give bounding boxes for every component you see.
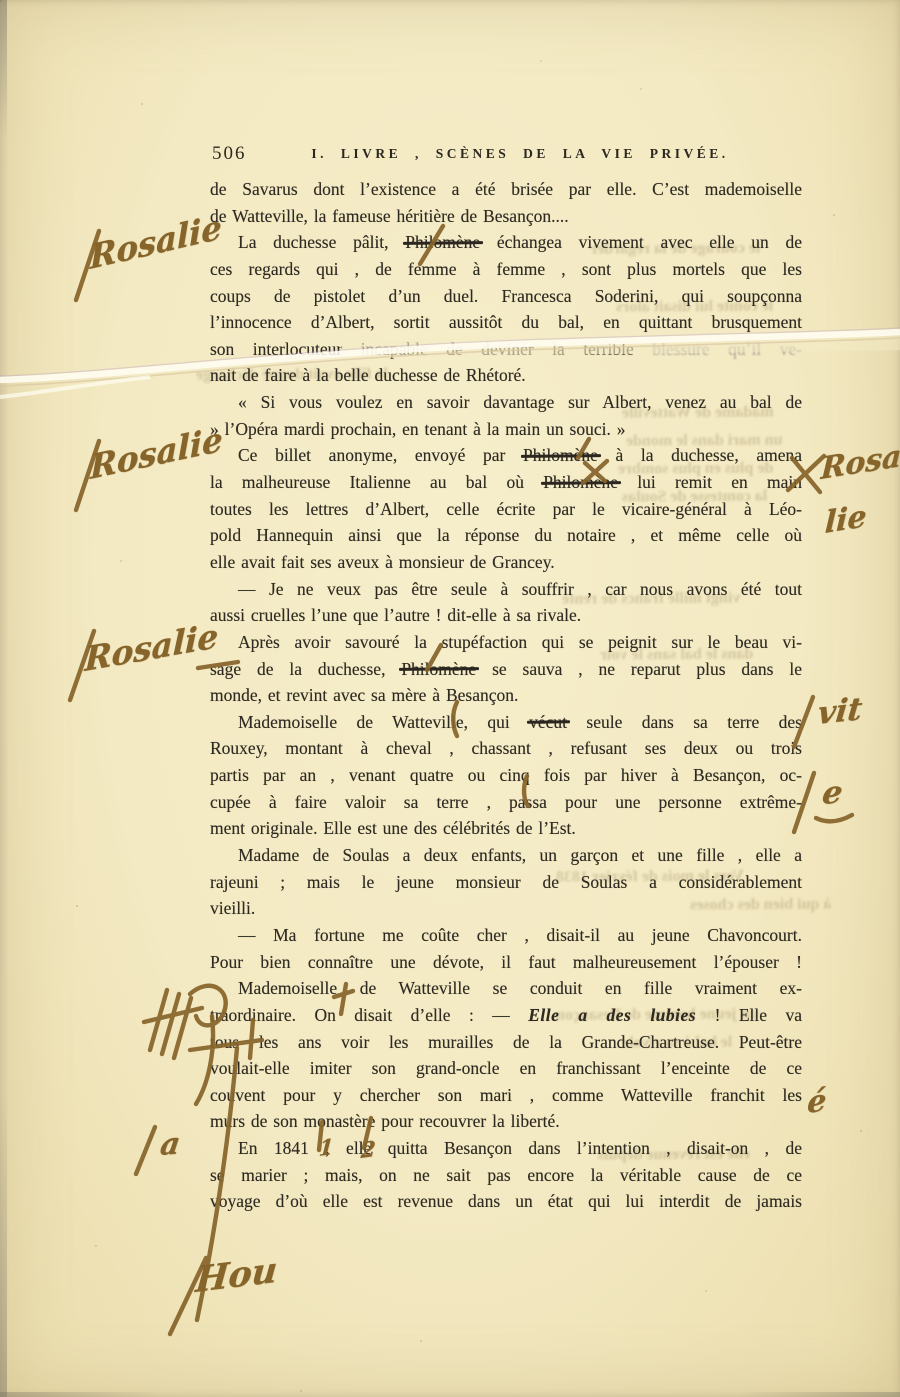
text-segment: Après avoir savouré la stupéfaction qui … (238, 632, 802, 652)
page-number: 506 (212, 143, 247, 165)
text-segment: tous les ans voir les murailles de la Gr… (210, 1032, 802, 1052)
text-line: « Si vous voulez en savoir davantage sur… (210, 389, 802, 416)
text-line: nait de faire à la belle duchesse de Rhé… (210, 362, 802, 389)
text-segment: aussi cruelles l’une que l’autre ! dit-e… (210, 605, 581, 625)
text-line: Mademoiselle de Watteville se conduit en… (210, 975, 802, 1002)
text-line: Ce billet anonyme, envoyé par Philomène … (210, 442, 802, 469)
text-segment: pold Hannequin ainsi que la réponse du n… (210, 525, 802, 545)
text-segment: murs de son monastère pour recouvrer la … (210, 1111, 560, 1131)
text-segment: Ce billet anonyme, envoyé par (238, 445, 523, 465)
scanned-book-page: le courage de la regarderle comte lui di… (0, 0, 900, 1397)
margin-note-rosalie-right-b: lie (824, 499, 867, 541)
text-segment: Mademoiselle de Watteville, qui (238, 712, 529, 732)
struck-word: Philomène (401, 659, 476, 679)
text-line: traordinaire. On disait d’elle : — Elle … (210, 1002, 802, 1029)
text-line: monde, et revint avec sa mère à Besançon… (210, 682, 802, 709)
text-segment: » l’Opéra mardi prochain, en tenant à la… (210, 419, 625, 439)
text-segment: à la duchesse, amena (598, 445, 802, 465)
margin-note-e: e (820, 774, 845, 812)
text-segment: voulait-elle imiter son grand-oncle en f… (210, 1058, 802, 1078)
text-segment: vieilli. (210, 898, 255, 918)
text-line: son interlocuteur incapable de deviner l… (210, 336, 802, 363)
text-line: murs de son monastère pour recouvrer la … (210, 1108, 802, 1135)
text-segment: l’innocence d’Albert, sortit aussitôt du… (210, 312, 802, 332)
text-line: Mademoiselle de Watteville, qui vécut se… (210, 709, 802, 736)
text-segment: seule dans sa terre des (567, 712, 802, 732)
text-line: — Je ne veux pas être seule à souffrir ,… (210, 576, 802, 603)
margin-note-rosalie-2: Rosalie (90, 419, 223, 487)
margin-note-hou: Hou (194, 1249, 279, 1301)
transposition-digit-1: 1 (318, 1133, 334, 1161)
text-segment: Elle a des lubies (528, 1005, 696, 1025)
text-line: ment originale. Elle est une des célébri… (210, 815, 802, 842)
scan-edge-left (0, 0, 7, 1397)
text-segment: sage de la duchesse, (210, 659, 401, 679)
page-header: 506 I. LIVRE , SCÈNES DE LA VIE PRIVÉE. (0, 143, 900, 167)
text-line: aussi cruelles l’une que l’autre ! dit-e… (210, 602, 802, 629)
margin-note-rosalie-right-a: Rosa (820, 439, 900, 487)
text-segment: voyage d’où elle est revenue dans un éta… (210, 1191, 802, 1211)
text-segment: coups de pistolet d’un duel. Francesca S… (210, 286, 802, 306)
text-line: cupée à faire valoir sa terre , passa po… (210, 789, 802, 816)
text-segment: « Si vous voulez en savoir davantage sur… (238, 392, 802, 412)
text-segment: incapable de deviner la terrible (361, 339, 653, 359)
text-segment: traordinaire. On disait d’elle : — (210, 1005, 528, 1025)
text-line: coups de pistolet d’un duel. Francesca S… (210, 283, 802, 310)
text-segment: ment originale. Elle est une des célébri… (210, 818, 576, 838)
text-segment: — Ma fortune me coûte cher , disait-il a… (238, 925, 802, 945)
text-line: sage de la duchesse, Philomène se sauva … (210, 656, 802, 683)
text-line: ces regards qui , de femme à femme , son… (210, 256, 802, 283)
text-line: tous les ans voir les murailles de la Gr… (210, 1029, 802, 1056)
text-line: de Savarus dont l’existence a été brisée… (210, 176, 802, 203)
text-line: — Ma fortune me coûte cher , disait-il a… (210, 922, 802, 949)
text-segment: rajeuni ; mais le jeune monsieur de Soul… (210, 872, 802, 892)
text-segment: toutes les lettres d’Albert, celle écrit… (210, 499, 802, 519)
text-line: de Watteville, la fameuse héritière de B… (210, 203, 802, 230)
struck-word: Philomène (523, 445, 598, 465)
flourish-e (816, 815, 852, 821)
text-line: Rouxey, montant à cheval , chassant , re… (210, 735, 802, 762)
text-segment: elle avait fait ses aveux à monsieur de … (210, 552, 555, 572)
text-line: pold Hannequin ainsi que la réponse du n… (210, 522, 802, 549)
text-segment: échangea vivement avec elle un de (480, 232, 802, 252)
text-segment: cupée à faire valoir sa terre , passa po… (210, 792, 802, 812)
text-line: Madame de Soulas a deux enfants, un garç… (210, 842, 802, 869)
text-segment: Mademoiselle de Watteville se conduit en… (238, 978, 802, 998)
text-segment: blessure qu’il ve- (652, 339, 802, 359)
text-line: couvent pour y chercher son mari , comme… (210, 1082, 802, 1109)
text-line: rajeuni ; mais le jeune monsieur de Soul… (210, 869, 802, 896)
text-column: de Savarus dont l’existence a été brisée… (210, 176, 802, 1215)
struck-word: Philomène (405, 232, 480, 252)
text-segment: couvent pour y chercher son mari , comme… (210, 1085, 802, 1105)
text-segment: de Savarus dont l’existence a été brisée… (210, 179, 802, 199)
text-line: La duchesse pâlit, Philomène échangea vi… (210, 229, 802, 256)
struck-word: vécut (529, 712, 567, 732)
text-segment: — Je ne veux pas être seule à souffrir ,… (238, 579, 802, 599)
text-line: voulait-elle imiter son grand-oncle en f… (210, 1055, 802, 1082)
paper-specks (0, 0, 2, 2)
text-line: voyage d’où elle est revenue dans un éta… (210, 1188, 802, 1215)
struck-word: Philomène (543, 472, 618, 492)
crease-kink (0, 377, 150, 397)
text-line: » l’Opéra mardi prochain, en tenant à la… (210, 416, 802, 443)
text-segment: ! Elle va (696, 1005, 802, 1025)
text-line: l’innocence d’Albert, sortit aussitôt du… (210, 309, 802, 336)
text-segment: nait de faire à la belle duchesse de Rhé… (210, 365, 526, 385)
text-line: Pour bien connaître une dévote, il faut … (210, 949, 802, 976)
text-segment: partis par an , venant quatre ou cinq fo… (210, 765, 802, 785)
scan-edge-bottom (0, 1392, 900, 1397)
text-segment: la malheureuse Italienne au bal où (210, 472, 543, 492)
text-segment: monde, et revint avec sa mère à Besançon… (210, 685, 518, 705)
text-segment: La duchesse pâlit, (238, 232, 405, 252)
text-line: elle avait fait ses aveux à monsieur de … (210, 549, 802, 576)
text-segment: Pour bien connaître une dévote, il faut … (210, 952, 802, 972)
text-line: vieilli. (210, 895, 802, 922)
text-segment: Rouxey, montant à cheval , chassant , re… (210, 738, 802, 758)
text-segment: se marier ; mais, on ne sait pas encore … (210, 1165, 802, 1185)
text-line: toutes les lettres d’Albert, celle écrit… (210, 496, 802, 523)
text-segment: lui remit en main (618, 472, 802, 492)
text-segment: son interlocuteur (210, 339, 361, 359)
margin-note-rosalie-1: Rosalie (89, 207, 222, 277)
text-segment: ces regards qui , de femme à femme , son… (210, 259, 802, 279)
margin-note-rosalie-3: Rosalie (84, 616, 219, 679)
text-line: se marier ; mais, on ne sait pas encore … (210, 1162, 802, 1189)
text-line: En 1841 , elle quitta Besançon dans l’in… (210, 1135, 802, 1162)
text-line: Après avoir savouré la stupéfaction qui … (210, 629, 802, 656)
text-line: la malheureuse Italienne au bal où Philo… (210, 469, 802, 496)
text-segment: de Watteville, la fameuse héritière de B… (210, 206, 569, 226)
text-segment: se sauva , ne reparut plus dans le (476, 659, 802, 679)
margin-note-vit: vit (816, 691, 864, 732)
running-title: I. LIVRE , SCÈNES DE LA VIE PRIVÉE. (280, 146, 760, 162)
margin-note-a: a (158, 1126, 182, 1163)
text-segment: Madame de Soulas a deux enfants, un garç… (238, 845, 802, 865)
slash-a (136, 1127, 155, 1174)
transposition-digit-2: 2 (360, 1135, 376, 1163)
margin-note-e-accent: é (806, 1083, 827, 1121)
text-line: partis par an , venant quatre ou cinq fo… (210, 762, 802, 789)
